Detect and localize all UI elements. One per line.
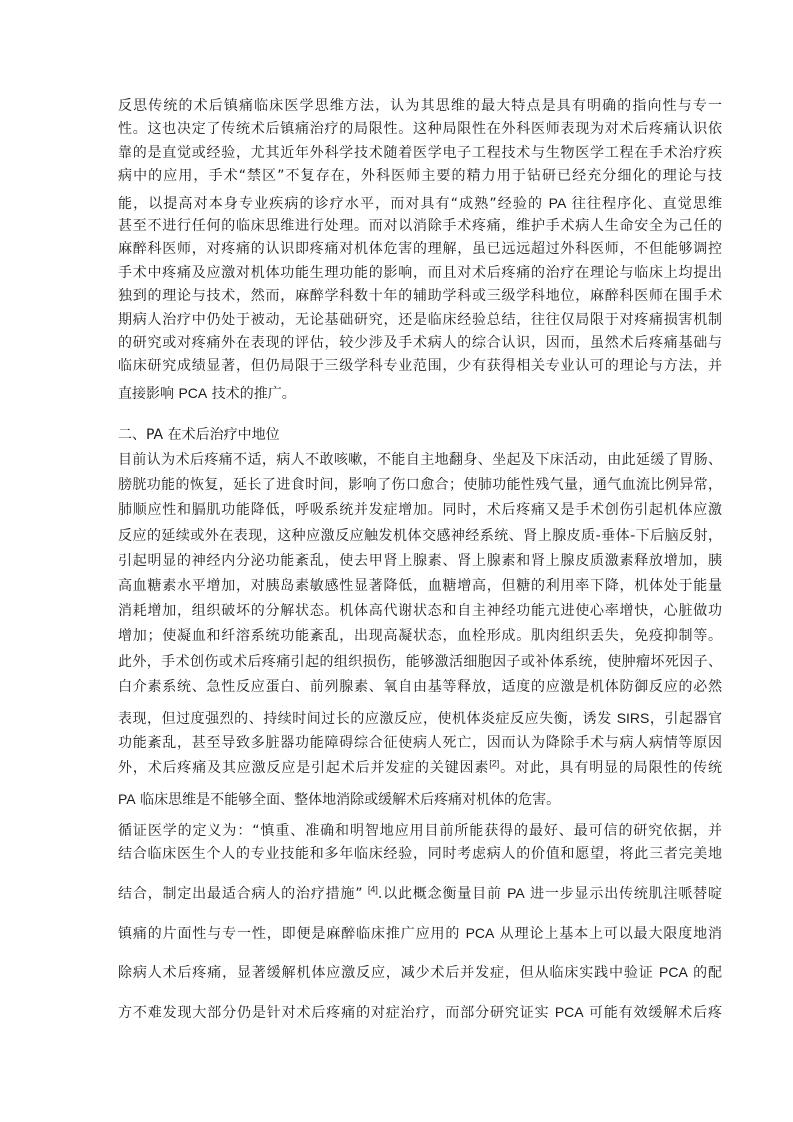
text-line: 目前认为术后疼痛不适，病人不敢咳嗽，不能自主地翻身、坐起及下床活动，由此延缓了胃… [118,448,722,473]
text-line: 外，术后疼痛及其应激反应是引起术后并发症的关键因素[2]。对此，具有明显的局限性… [118,756,722,781]
text-line: 的研究或对疼痛外在表现的评估，较少涉及手术病人的综合认识，因而，虽然术后疼痛基础… [118,332,722,355]
text-line: 白介素系统、急性反应蛋白、前列腺素、氧自由基等释放，适度的应激是机体防御反应的必… [118,675,722,700]
latin-term: PCA [466,925,495,941]
text-line: 镇痛的片面性与专一性，即便是麻醉临床推广应用的 PCA 从理论上基本上可以最大限… [118,905,722,945]
text-line: 甚至不进行任何的临床思维进行处理。而对以消除手术疼痛，维护手术病人生命安全为己任… [118,215,722,238]
text-line: PA 临床思维是不能够全面、整体地消除或缓解术后疼痛对机体的危害。 [118,781,722,812]
latin-term: PCA [178,385,207,401]
section-heading-text: 二、PA 在术后治疗中地位 [118,427,280,443]
text-line: 循证医学的定义为：“慎重、准确和明智地应用目前所能获得的最好、最可信的研究依据，… [118,820,722,843]
text-line: 病中的应用，手术“禁区”不复存在，外科医师主要的精力用于钻研已经充分细化的理论与… [118,165,722,188]
text-line: 引起明显的神经内分泌功能紊乱，使去甲肾上腺素、肾上腺素和肾上腺皮质激素释放增加，… [118,549,722,574]
text-line: 能，以提高对本身专业疾病的诊疗水平，而对具有“成熟”经验的 PA 往往程序化、直… [118,189,722,215]
document-page: 反思传统的术后镇痛临床医学思维方法，认为其思维的最大特点是具有明确的指向性与专一… [0,0,793,1122]
paragraph-2: 目前认为术后疼痛不适，病人不敢咳嗽，不能自主地翻身、坐起及下床活动，由此延缓了胃… [118,448,722,813]
latin-term: PCA [659,964,688,980]
paragraph-1: 反思传统的术后镇痛临床医学思维方法，认为其思维的最大特点是具有明确的指向性与专一… [118,95,722,405]
text-line: 表现，但过度强烈的、持续时间过长的应激反应，使机体炎症反应失衡，诱发 SIRS，… [118,700,722,731]
latin-term: PA [507,885,525,901]
text-line: 反应的延续或外在表现，这种应激反应触发机体交感神经系统、肾上腺皮质-垂体-下后脑… [118,524,722,549]
text-line: 靠的是直觉或经验，尤其近年外科学技术随着医学电子工程技术与生物医学工程在手术治疗… [118,142,722,165]
text-line: 期病人治疗中仍处于被动，无论基础研究，还是临床经验总结，往往仅局限于对疼痛损害机… [118,309,722,332]
text-line: 独到的理论与技术，然而，麻醉学科数十年的辅助学科或三级学科地位，麻醉科医师在围手… [118,285,722,308]
citation-superscript: [2] [489,759,499,769]
text-line: 此外，手术创伤或术后疼痛引起的组织损伤，能够激活细胞因子或补体系统，使肿瘤坏死因… [118,650,722,675]
text-line: 反思传统的术后镇痛临床医学思维方法，认为其思维的最大特点是具有明确的指向性与专一 [118,95,722,118]
text-line: 消耗增加，组织破坏的分解状态。机体高代谢状态和自主神经功能亢进使心率增快，心脏做… [118,599,722,624]
latin-term: SIRS [617,710,650,726]
latin-term: PCA [555,1004,584,1020]
text-line: 结合，制定出最适合病人的治疗措施” [4].以此概念衡量目前 PA 进一步显示出… [118,865,722,905]
latin-term: PA [118,791,136,807]
text-line: 直接影响 PCA 技术的推广。 [118,379,722,405]
text-line: 肺顺应性和膈肌功能降低，呼吸系统并发症增加。同时，术后疼痛又是手术创伤引起机体应… [118,498,722,523]
text-line: 高血糖素水平增加，对胰岛素敏感性显著降低，血糖增高，但糖的利用率下降，机体处于能… [118,574,722,599]
section-heading: 二、PA 在术后治疗中地位 [118,424,722,447]
text-line: 增加；使凝血和纤溶系统功能紊乱，出现高凝状态，血栓形成。肌肉组织丢失，免疫抑制等… [118,624,722,649]
text-line: 膀胱功能的恢复，延长了进食时间，影响了伤口愈合；使肺功能性残气量，通气血流比例异… [118,473,722,498]
text-line: 结合临床医生个人的专业技能和多年临床经验，同时考虑病人的价值和愿望，将此三者完美… [118,843,722,866]
latin-term: PA [549,195,567,211]
text-line: 方不难发现大部分仍是针对术后疼痛的对症治疗，而部分研究证实 PCA 可能有效缓解… [118,984,722,1024]
text-line: 功能紊乱，甚至导致多脏器功能障碍综合征使病人死亡，因而认为降除手术与病人病情等原… [118,731,722,756]
text-line: 性。这也决定了传统术后镇痛治疗的局限性。这种局限性在外科医师表现为对术后疼痛认识… [118,118,722,141]
text-line: 麻醉科医师，对疼痛的认识即疼痛对机体危害的理解，虽已远远超过外科医师，不但能够调… [118,238,722,261]
citation-superscript: [4] [368,884,378,894]
paragraph-3: 循证医学的定义为：“慎重、准确和明智地应用目前所能获得的最好、最可信的研究依据，… [118,820,722,1023]
text-line: 除病人术后疼痛，显著缓解机体应激反应，减少术后并发症，但从临床实践中验证 PCA… [118,944,722,984]
text-line: 手术中疼痛及应激对机体功能生理功能的影响，而且对术后疼痛的治疗在理论与临床上均提… [118,262,722,285]
text-line: 临床研究成绩显著，但仍局限于三级学科专业范围，少有获得相关专业认可的理论与方法，… [118,355,722,378]
